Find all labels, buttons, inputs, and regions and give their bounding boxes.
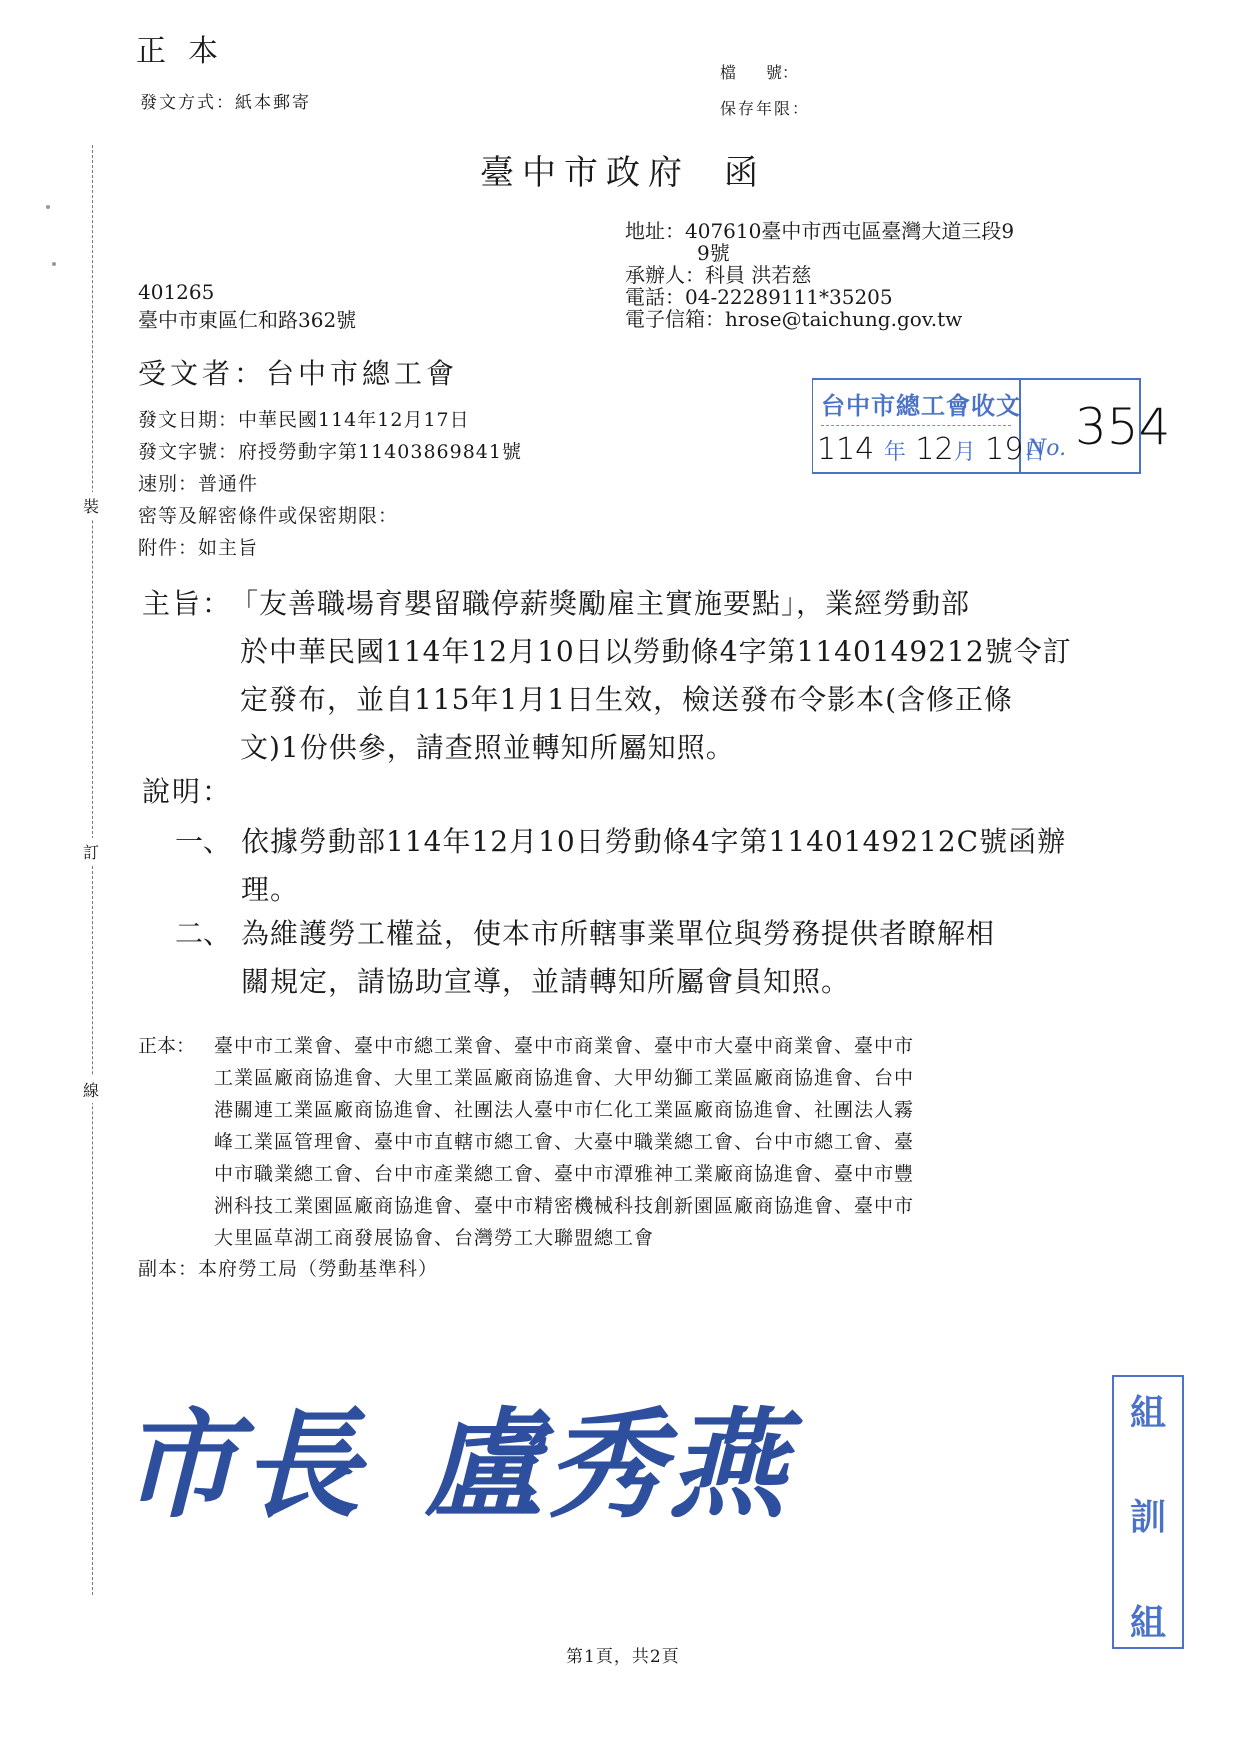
- original-label: 正本：: [138, 1030, 195, 1062]
- subject-line: 「友善職場育嬰留職停薪獎勵雇主實施要點」，業經勞動部: [230, 580, 1122, 628]
- recipient-street: 臺中市東區仁和路362號: [138, 306, 356, 334]
- agency-name: 臺中市政府: [480, 153, 690, 193]
- received-stamp: 台中市總工會收文 114 年 12月 19日 No. 354: [812, 378, 1141, 474]
- retention-period-field: 保存年限：: [720, 96, 810, 119]
- file-number-label: 檔: [720, 63, 766, 82]
- distribution-copy: 副本：本府勞工局（勞動基準科）: [138, 1254, 438, 1281]
- attachment: 附件：如主旨: [138, 532, 522, 564]
- sender-address: 地址：407610臺中市西屯區臺灣大道三段9: [625, 220, 1014, 242]
- issue-date: 發文日期：中華民國114年12月17日: [138, 404, 522, 436]
- document-title: 臺中市政府函: [480, 145, 766, 194]
- copy-type-label: 正本: [136, 26, 240, 70]
- recipient-address-block: 401265 臺中市東區仁和路362號: [138, 278, 356, 334]
- sender-address-cont: 9號: [625, 242, 1014, 264]
- received-no-label: No.: [1027, 436, 1066, 461]
- classification: 密等及解密條件或保密期限：: [138, 500, 522, 532]
- file-number-label-suffix: 號：: [766, 63, 798, 82]
- binding-label-xian: 線: [83, 1076, 99, 1103]
- handler: 承辦人：科員 洪若慈: [625, 264, 1014, 286]
- received-stamp-org: 台中市總工會收文: [821, 386, 1011, 426]
- department-stamp: 組 訓 組: [1112, 1375, 1184, 1649]
- delivery-speed: 速別：普通件: [138, 468, 522, 500]
- subject-body: 「友善職場育嬰留職停薪獎勵雇主實施要點」，業經勞動部 於中華民國114年12月1…: [240, 580, 1122, 772]
- item-number: 一、: [175, 818, 231, 866]
- email: 電子信箱：hrose@taichung.gov.tw: [625, 308, 1014, 330]
- signature-title: 市長: [120, 1395, 364, 1534]
- explanation-item-2: 二、 為維護勞工權益，使本市所轄事業單位與勞務提供者瞭解相 關規定，請協助宣導，…: [175, 910, 1125, 1006]
- received-no-value: 354: [1075, 398, 1170, 456]
- explanation-item-1: 一、 依據勞動部114年12月10日勞動條4字第1140149212C號函辦 理…: [175, 818, 1125, 914]
- document-kind: 函: [724, 153, 766, 193]
- document-meta: 發文日期：中華民國114年12月17日 發文字號：府授勞動字第114038698…: [138, 404, 522, 564]
- send-method: 發文方式：紙本郵寄: [140, 88, 311, 113]
- signature-name: 盧秀燕: [424, 1395, 790, 1534]
- file-number-field: 檔號：: [720, 60, 798, 83]
- document-number: 發文字號：府授勞動字第11403869841號: [138, 436, 522, 468]
- item-number: 二、: [175, 910, 231, 958]
- sender-info-block: 地址：407610臺中市西屯區臺灣大道三段9 9號 承辦人：科員 洪若慈 電話：…: [625, 220, 1014, 330]
- binding-label-ding: 訂: [83, 838, 99, 865]
- received-date: 114 年 12月 19日: [817, 432, 1045, 467]
- phone: 電話：04-22289111*35205: [625, 286, 1014, 308]
- scan-speck: [46, 205, 50, 209]
- subject-line: 定發布，並自115年1月1日生效，檢送發布令影本(含修正條: [240, 676, 1122, 724]
- subject-line: 文)1份供參，請查照並轉知所屬知照。: [240, 724, 1122, 772]
- subject-section: 主旨： 「友善職場育嬰留職停薪獎勵雇主實施要點」，業經勞動部 於中華民國114年…: [142, 580, 1122, 772]
- subject-line: 於中華民國114年12月10日以勞動條4字第1140149212號令訂: [240, 628, 1122, 676]
- page-number: 第1頁，共2頁: [566, 1642, 680, 1667]
- mayor-signature: 市長盧秀燕: [120, 1370, 790, 1540]
- explanation-label: 說明：: [142, 770, 232, 810]
- recipient-zip: 401265: [138, 278, 356, 306]
- distribution-original: 正本： 臺中市工業會、臺中市總工業會、臺中市商業會、臺中市大臺中商業會、臺中市 …: [138, 1030, 1118, 1254]
- scan-speck: [52, 262, 56, 266]
- binding-dotted-line: [92, 145, 93, 1595]
- binding-label-zhuang: 裝: [83, 492, 99, 519]
- original-recipient-list: 臺中市工業會、臺中市總工業會、臺中市商業會、臺中市大臺中商業會、臺中市 工業區廠…: [214, 1030, 1118, 1254]
- recipient: 受文者：台中市總工會: [138, 352, 458, 392]
- subject-label: 主旨：: [142, 580, 232, 628]
